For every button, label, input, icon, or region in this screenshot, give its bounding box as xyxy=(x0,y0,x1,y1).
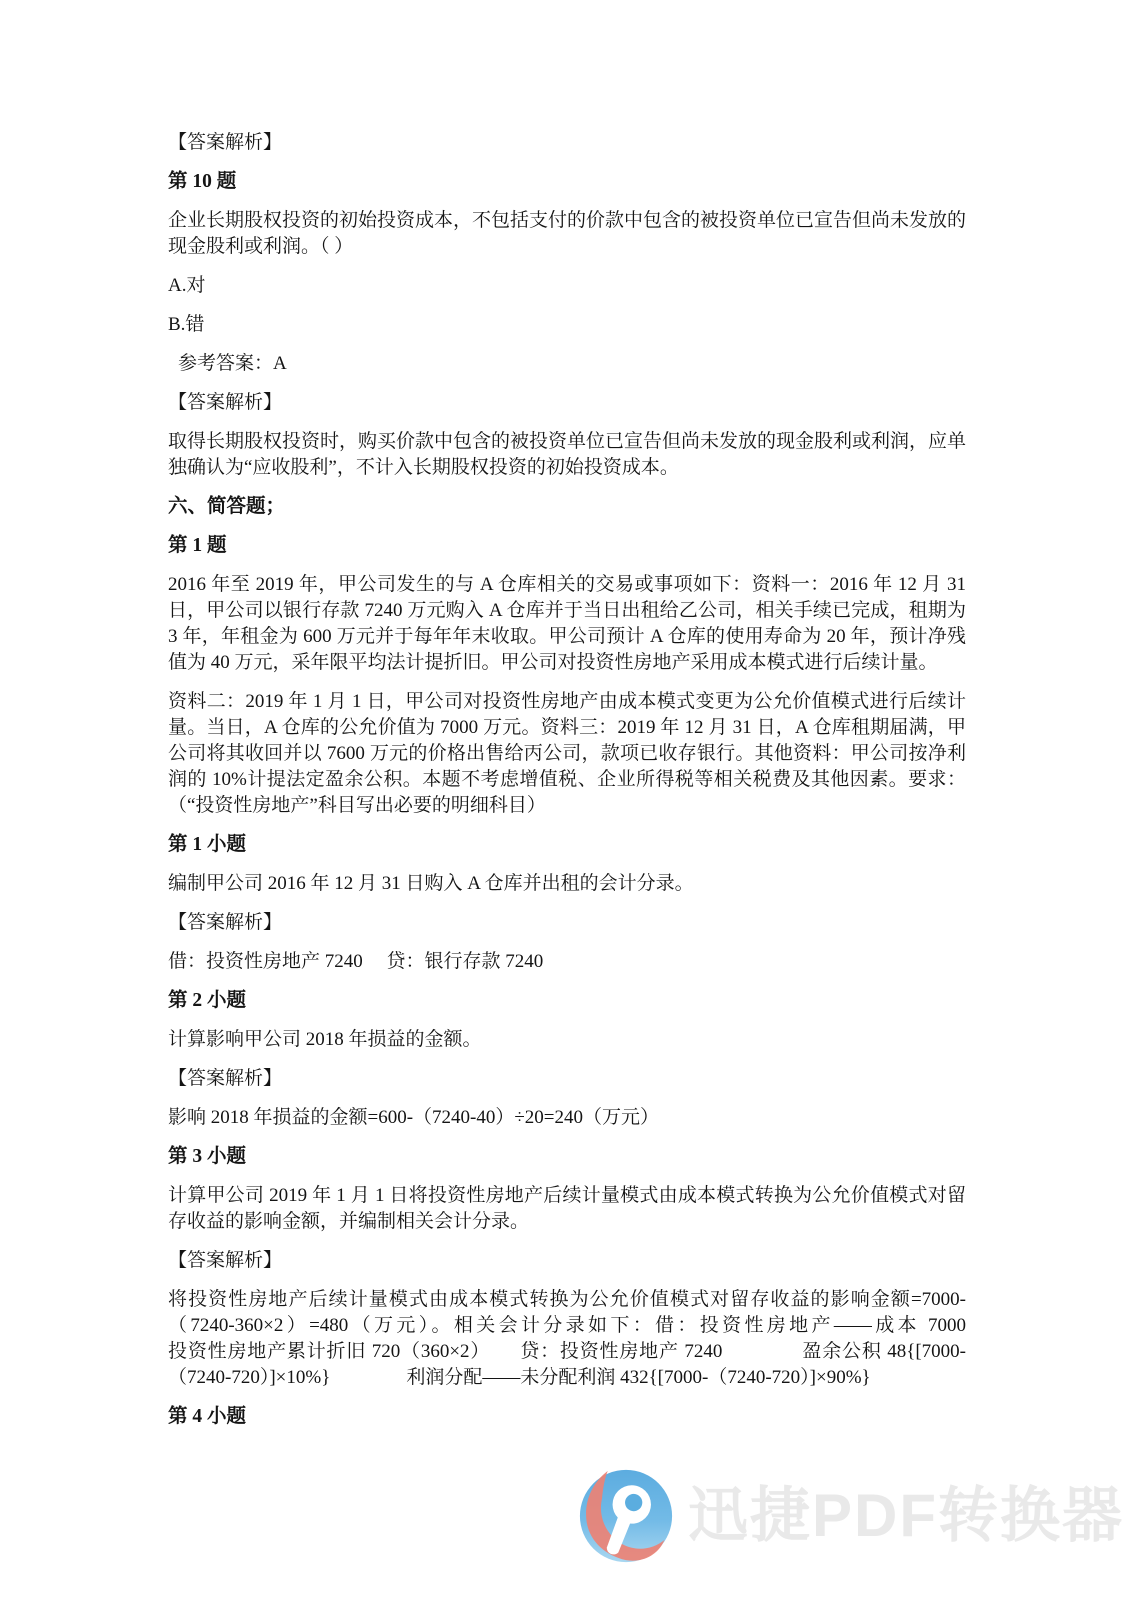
subquestion-3-heading: 第 3 小题 xyxy=(168,1144,966,1170)
subquestion-2-heading: 第 2 小题 xyxy=(168,988,966,1014)
subquestion-1-answer: 借：投资性房地产 7240 贷：银行存款 7240 xyxy=(168,949,966,975)
answer-analysis-label: 【答案解析】 xyxy=(168,130,966,156)
option-b: B.错 xyxy=(168,312,966,338)
pdf-converter-watermark: 迅捷PDF转换器 xyxy=(578,1468,1124,1564)
pdf-converter-logo-icon xyxy=(578,1468,674,1564)
question-1-material-1: 2016 年至 2019 年，甲公司发生的与 A 仓库相关的交易或事项如下：资料… xyxy=(168,572,966,676)
answer-analysis-label: 【答案解析】 xyxy=(168,910,966,936)
subquestion-3-text: 计算甲公司 2019 年 1 月 1 日将投资性房地产后续计量模式由成本模式转换… xyxy=(168,1183,966,1235)
subquestion-4-heading: 第 4 小题 xyxy=(168,1404,966,1430)
question-1-heading: 第 1 题 xyxy=(168,533,966,559)
answer-analysis-label: 【答案解析】 xyxy=(168,390,966,416)
subquestion-2-text: 计算影响甲公司 2018 年损益的金额。 xyxy=(168,1027,966,1053)
subquestion-1-heading: 第 1 小题 xyxy=(168,832,966,858)
answer-analysis-label: 【答案解析】 xyxy=(168,1248,966,1274)
answer-analysis-label: 【答案解析】 xyxy=(168,1066,966,1092)
reference-answer: 参考答案：A xyxy=(168,351,966,377)
question-10-analysis: 取得长期股权投资时，购买价款中包含的被投资单位已宣告但尚未发放的现金股利或利润，… xyxy=(168,429,966,481)
subquestion-3-answer: 将投资性房地产后续计量模式由成本模式转换为公允价值模式对留存收益的影响金额=70… xyxy=(168,1287,966,1391)
document-page: 【答案解析】 第 10 题 企业长期股权投资的初始投资成本，不包括支付的价款中包… xyxy=(168,130,966,1443)
question-1-material-2: 资料二：2019 年 1 月 1 日，甲公司对投资性房地产由成本模式变更为公允价… xyxy=(168,689,966,819)
subquestion-2-answer: 影响 2018 年损益的金额=600-（7240-40）÷20=240（万元） xyxy=(168,1105,966,1131)
pdf-converter-watermark-text: 迅捷PDF转换器 xyxy=(688,1486,1124,1546)
option-a: A.对 xyxy=(168,273,966,299)
subquestion-1-text: 编制甲公司 2016 年 12 月 31 日购入 A 仓库并出租的会计分录。 xyxy=(168,871,966,897)
section-6-heading: 六、简答题； xyxy=(168,494,966,520)
question-10-heading: 第 10 题 xyxy=(168,169,966,195)
question-10-text: 企业长期股权投资的初始投资成本，不包括支付的价款中包含的被投资单位已宣告但尚未发… xyxy=(168,208,966,260)
